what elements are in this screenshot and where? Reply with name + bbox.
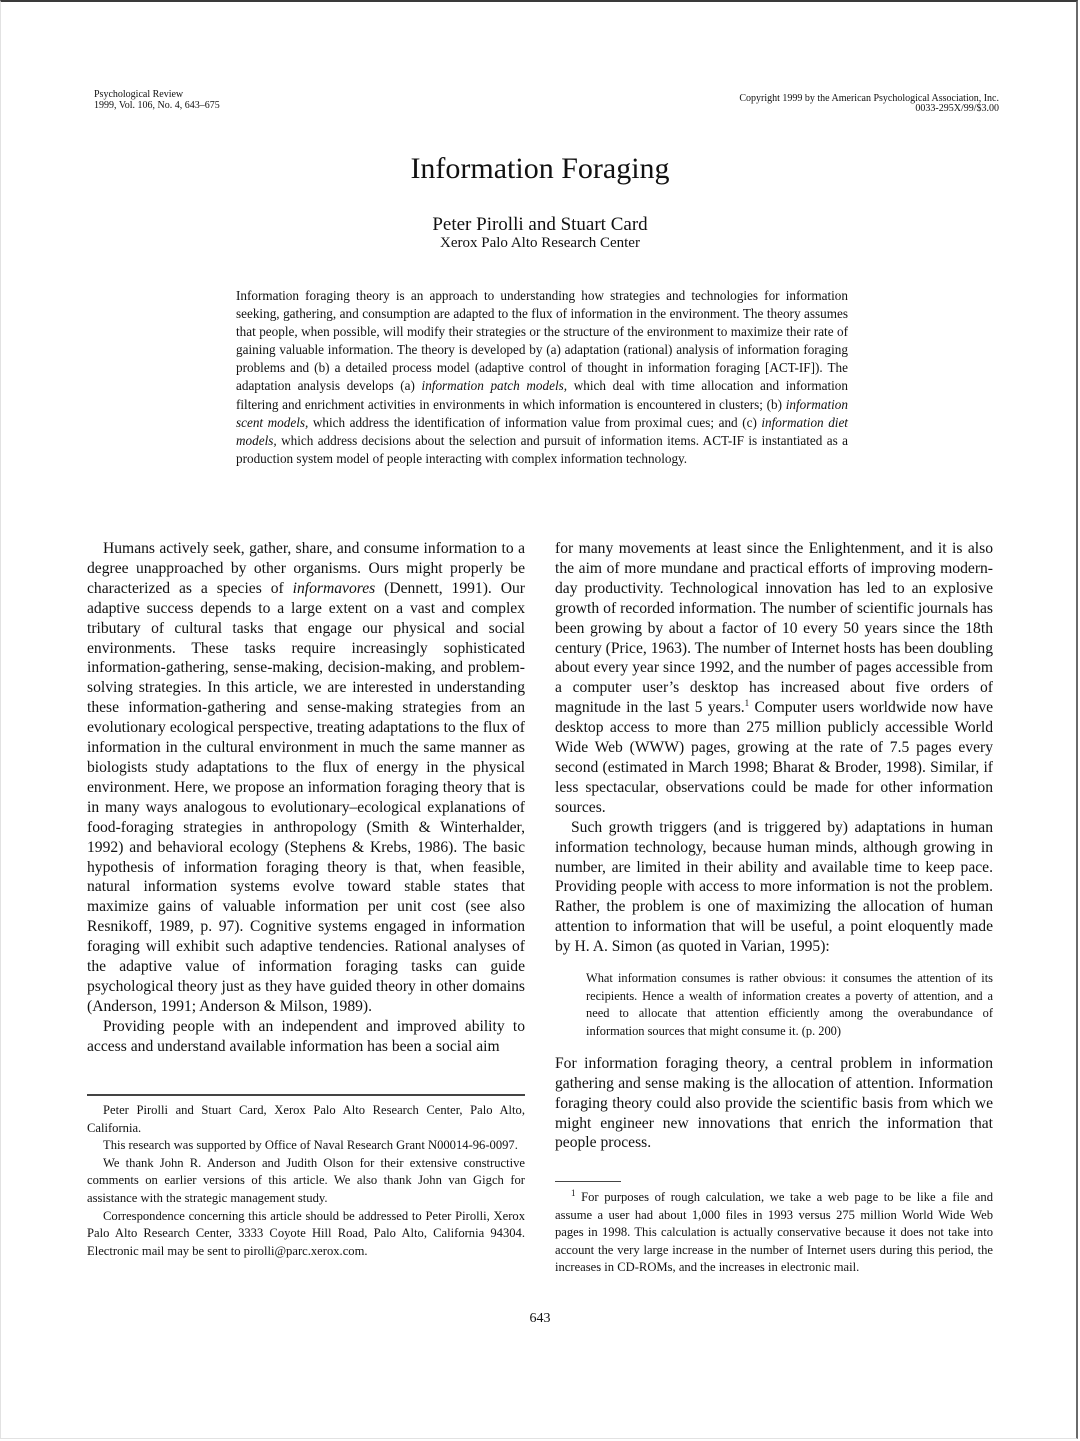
- abstract-text: which address the identification of info…: [308, 415, 761, 430]
- abstract-term-patch-models: information patch models,: [422, 378, 568, 393]
- author-note-affiliation: Peter Pirolli and Stuart Card, Xerox Pal…: [87, 1102, 525, 1137]
- author-note-correspondence: Correspondence concerning this article s…: [87, 1208, 525, 1261]
- issn-price: 0033-295X/99/$3.00: [739, 104, 999, 114]
- body-text: Computer users worldwide now have deskto…: [555, 699, 993, 816]
- article-title: Information Foraging: [0, 150, 1080, 188]
- footnote-body: For purposes of rough calculation, we ta…: [555, 1190, 993, 1274]
- journal-citation: 1999, Vol. 106, No. 4, 643–675: [94, 100, 220, 111]
- block-quote: What information consumes is rather obvi…: [586, 970, 993, 1041]
- article-authors: Peter Pirolli and Stuart Card: [0, 215, 1080, 235]
- journal-name: Psychological Review: [94, 89, 220, 100]
- abstract-text: which address decisions about the select…: [236, 433, 848, 466]
- body-text: (Dennett, 1991). Our adaptive success de…: [87, 580, 525, 1015]
- author-affiliation: Xerox Palo Alto Research Center: [0, 235, 1080, 252]
- body-paragraph: Humans actively seek, gather, share, and…: [87, 539, 525, 1017]
- author-note-acknowledgment: We thank John R. Anderson and Judith Ols…: [87, 1155, 525, 1208]
- body-text: for many movements at least since the En…: [555, 540, 993, 716]
- body-column-right: for many movements at least since the En…: [555, 539, 993, 1153]
- body-column-left: Humans actively seek, gather, share, and…: [87, 539, 525, 1057]
- journal-header: Psychological Review 1999, Vol. 106, No.…: [94, 89, 220, 111]
- body-paragraph: Providing people with an independent and…: [87, 1017, 525, 1057]
- body-paragraph: For information foraging theory, a centr…: [555, 1054, 993, 1154]
- footnote-1: 1 For purposes of rough calculation, we …: [555, 1181, 993, 1277]
- copyright-header: Copyright 1999 by the American Psycholog…: [739, 94, 999, 114]
- footnote-text: 1 For purposes of rough calculation, we …: [555, 1189, 993, 1277]
- author-note-funding: This research was supported by Office of…: [87, 1137, 525, 1155]
- footnote-rule: [555, 1181, 621, 1182]
- page-number: 643: [0, 1311, 1080, 1327]
- body-paragraph: Such growth triggers (and is triggered b…: [555, 818, 993, 957]
- footnote-rule: [87, 1094, 525, 1096]
- term-informavores: informavores: [293, 580, 376, 597]
- author-note: Peter Pirolli and Stuart Card, Xerox Pal…: [87, 1094, 525, 1260]
- body-paragraph: for many movements at least since the En…: [555, 539, 993, 818]
- abstract: Information foraging theory is an approa…: [236, 287, 848, 468]
